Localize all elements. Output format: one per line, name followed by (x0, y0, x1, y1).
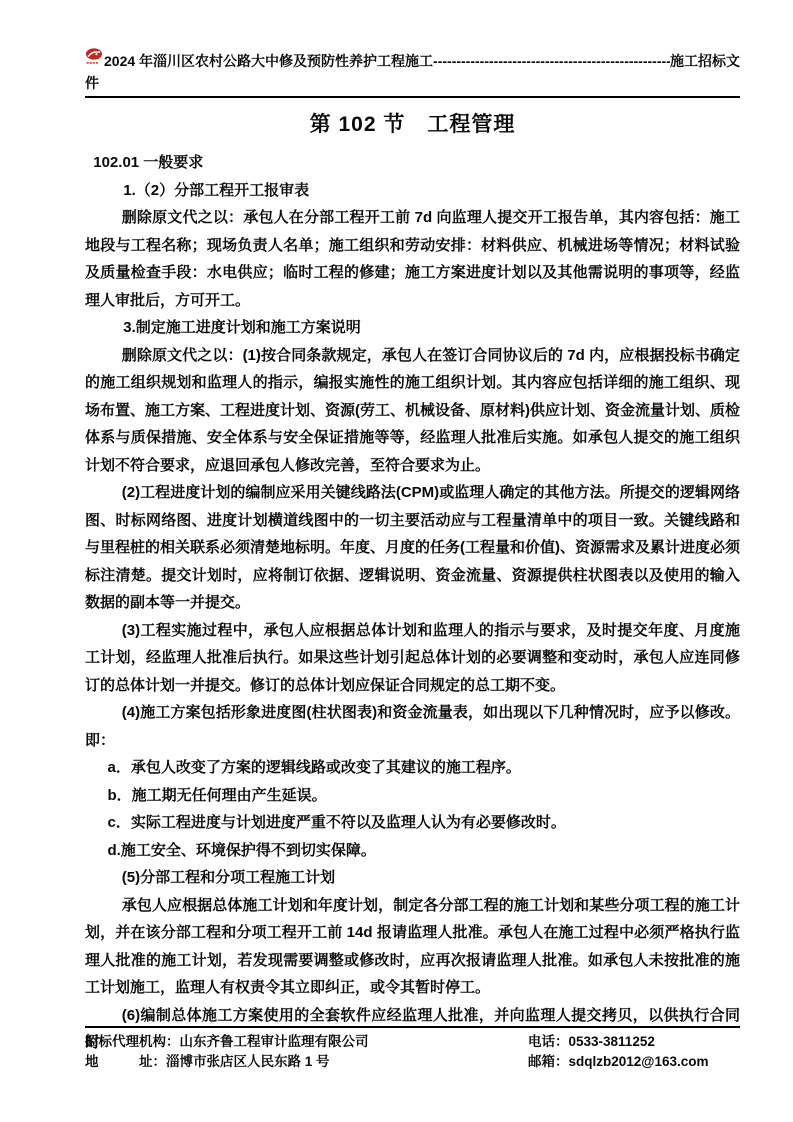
document-page: { "page": { "background_color": "#ffffff… (0, 0, 793, 1122)
page-header: 2024 年淄川区农村公路大中修及预防性养护工程施工 -------------… (85, 48, 740, 98)
section-heading: 102.01 一般要求 (85, 149, 740, 177)
footer-row-1: 招标代理机构：山东齐鲁工程审计监理有限公司 电话：0533-3811252 (85, 1032, 740, 1052)
paragraph: (5)分部工程和分项工程施工计划 (85, 864, 740, 892)
header-line-2: 件 (85, 74, 740, 93)
footer-email: 邮箱：sdqlzb2012@163.com (528, 1052, 740, 1072)
page-container: 2024 年淄川区农村公路大中修及预防性养护工程施工 -------------… (0, 0, 793, 1122)
header-rule (85, 96, 740, 98)
page-footer: 招标代理机构：山东齐鲁工程审计监理有限公司 电话：0533-3811252 地 … (85, 1026, 740, 1071)
footer-agency: 招标代理机构：山东齐鲁工程审计监理有限公司 (85, 1032, 528, 1052)
list-item: a．承包人改变了方案的逻辑线路或改变了其建议的施工程序。 (85, 754, 740, 782)
paragraph: (3)工程实施过程中，承包人应根据总体计划和监理人的指示与要求，及时提交年度、月… (85, 617, 740, 700)
paragraph: 删除原文代之以：(1)按合同条款规定，承包人在签订合同协议后的 7d 内，应根据… (85, 342, 740, 480)
company-seal-icon (85, 47, 103, 73)
paragraph: 删除原文代之以：承包人在分部工程开工前 7d 向监理人提交开工报告单，其内容包括… (85, 204, 740, 314)
paragraph: (2)工程进度计划的编制应采用关键线路法(CPM)或监理人确定的其他方法。所提交… (85, 479, 740, 617)
header-doc-type: 施工招标文 (670, 51, 740, 72)
list-item: c．实际工程进度与计划进度严重不符以及监理人认为有必要修改时。 (85, 809, 740, 837)
footer-rule (85, 1026, 740, 1028)
document-body: 102.01 一般要求1.（2）分部工程开工报审表删除原文代之以：承包人在分部工… (85, 149, 740, 1057)
paragraph: (4)施工方案包括形象进度图(柱状图表)和资金流量表，如出现以下几种情况时，应予… (85, 699, 740, 754)
footer-row-2: 地 址：淄博市张店区人民东路 1 号 邮箱：sdqlzb2012@163.com (85, 1052, 740, 1072)
header-dash-leader: ----------------------------------------… (433, 51, 670, 72)
sub-heading: 3.制定施工进度计划和施工方案说明 (85, 314, 740, 342)
header-line-1: 2024 年淄川区农村公路大中修及预防性养护工程施工 -------------… (85, 48, 740, 74)
footer-address: 地 址：淄博市张店区人民东路 1 号 (85, 1052, 528, 1072)
section-title: 第 102 节 工程管理 (85, 110, 740, 140)
paragraph: 承包人应根据总体施工计划和年度计划，制定各分部工程的施工计划和某些分项工程的施工… (85, 892, 740, 1002)
list-item: d.施工安全、环境保护得不到切实保障。 (85, 837, 740, 865)
footer-phone: 电话：0533-3811252 (528, 1032, 740, 1052)
sub-heading: 1.（2）分部工程开工报审表 (85, 177, 740, 205)
list-item: b．施工期无任何理由产生延误。 (85, 782, 740, 810)
header-project-title: 2024 年淄川区农村公路大中修及预防性养护工程施工 (104, 51, 433, 72)
